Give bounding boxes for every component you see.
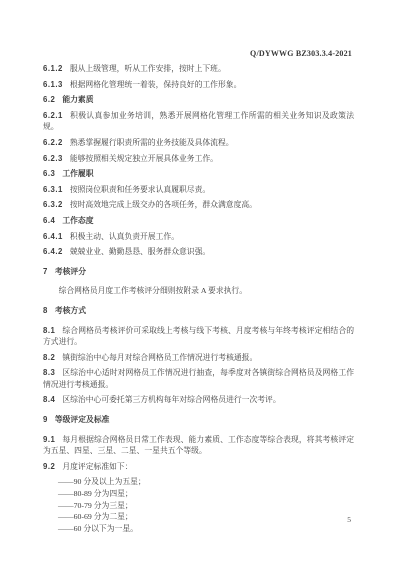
doc-paragraph: 8.4区综治中心可委托第三方机构每年对综合网格员进行一次考评。 xyxy=(43,394,354,406)
clause-text: 综合网格员月度工作考核评分细则按附录 A 要求执行。 xyxy=(59,286,247,295)
doc-paragraph: 6.2.3能够按照相关规定独立开展具体业务工作。 xyxy=(43,153,354,165)
doc-paragraph: 6.1.2服从上级管理，听从工作安排，按时上下班。 xyxy=(43,63,354,75)
clause-number: 6.3.1 xyxy=(43,185,63,194)
doc-paragraph: 6.2.2熟悉掌握履行职责所需的业务技能及具体流程。 xyxy=(43,137,354,149)
clause-number: 6.2.1 xyxy=(43,111,63,120)
doc-paragraph: 6.4.2兢兢业业、勤勤恳恳、服务群众意识强。 xyxy=(43,246,354,258)
clause-text: 考核评分 xyxy=(55,267,86,276)
clause-number: 6.3.2 xyxy=(43,200,63,209)
section-heading: 6.4工作态度 xyxy=(43,215,354,227)
clause-text: 区综治中心适时对网格员工作情况进行抽查，每季度对各镇街综合网格员及网格工作情况进… xyxy=(43,368,354,389)
clause-number: 6.2 xyxy=(43,95,55,104)
clause-number: 6.4 xyxy=(43,216,55,225)
doc-paragraph: 8.1综合网格员考核评价可采取线上考核与线下考核、月度考核与年终考核评定相结合的… xyxy=(43,325,354,348)
clause-number: 9.2 xyxy=(43,462,55,471)
clause-text: 按时高效地完成上级交办的各项任务，群众满意度高。 xyxy=(70,200,257,209)
clause-text: 工作态度 xyxy=(62,216,93,225)
clause-number: 6.3 xyxy=(43,169,55,178)
clause-text: 能力素质 xyxy=(62,95,93,104)
clause-text: 工作履职 xyxy=(62,169,93,178)
clause-text: 熟悉掌握履行职责所需的业务技能及具体流程。 xyxy=(70,138,234,147)
section-heading: 8考核方式 xyxy=(43,305,354,317)
clause-text: 考核方式 xyxy=(55,306,86,315)
clause-text: 等级评定及标准 xyxy=(55,415,110,424)
section-heading: 7考核评分 xyxy=(43,266,354,278)
section-heading: 9等级评定及标准 xyxy=(43,414,354,426)
doc-paragraph: 9.1每月根据综合网格员日常工作表现、能力素质、工作态度等综合表现，将其考核评定… xyxy=(43,434,354,457)
doc-paragraph: 8.3区综治中心适时对网格员工作情况进行抽查，每季度对各镇街综合网格员及网格工作… xyxy=(43,367,354,390)
doc-paragraph: 6.1.3根据网格化管理统一着装，保持良好的工作形象。 xyxy=(43,79,354,91)
clause-text: ——60 分以下为一星。 xyxy=(58,524,138,533)
clause-number: 6.2.2 xyxy=(43,138,63,147)
clause-text: 兢兢业业、勤勤恳恳、服务群众意识强。 xyxy=(70,247,210,256)
clause-number: 6.4.2 xyxy=(43,247,63,256)
clause-text: 按照岗位职责和任务要求认真履职尽责。 xyxy=(70,185,210,194)
clause-text: 积极认真参加业务培训，熟悉开展网格化管理工作所需的相关业务知识及政策法规。 xyxy=(43,111,354,132)
clause-number: 9.1 xyxy=(43,435,55,444)
clause-number: 6.1.3 xyxy=(43,80,63,89)
clause-number: 6.4.1 xyxy=(43,232,63,241)
document-page: Q/DYWWG BZ303.3.4-2021 6.1.2服从上级管理，听从工作安… xyxy=(0,0,396,561)
clause-number: 6.1.2 xyxy=(43,64,63,73)
doc-paragraph: 6.3.1按照岗位职责和任务要求认真履职尽责。 xyxy=(43,184,354,196)
clause-text: ——90 分及以上为五星； xyxy=(58,477,146,486)
clause-text: 月度评定标准如下： xyxy=(62,462,132,471)
clause-text: 镇街综治中心每月对综合网格员工作情况进行考核通报。 xyxy=(62,353,257,362)
grade-list-item: ——60 分以下为一星。 xyxy=(43,523,354,535)
doc-paragraph: 8.2镇街综治中心每月对综合网格员工作情况进行考核通报。 xyxy=(43,352,354,364)
grade-list-item: ——80-89 分为四星； xyxy=(43,488,354,500)
clause-text: 综合网格员考核评价可采取线上考核与线下考核、月度考核与年终考核评定相结合的方式进… xyxy=(43,326,354,347)
clause-text: ——70-79 分为三星； xyxy=(58,501,133,510)
doc-paragraph: 综合网格员月度工作考核评分细则按附录 A 要求执行。 xyxy=(43,285,354,297)
section-heading: 6.3工作履职 xyxy=(43,168,354,180)
clause-text: 积极主动、认真负责开展工作。 xyxy=(70,232,179,241)
grade-list-item: ——70-79 分为三星； xyxy=(43,500,354,512)
grade-list-item: ——60-69 分为二星； xyxy=(43,511,354,523)
clause-text: 区综治中心可委托第三方机构每年对综合网格员进行一次考评。 xyxy=(62,395,280,404)
doc-paragraph: 9.2月度评定标准如下： xyxy=(43,461,354,473)
clause-number: 8.3 xyxy=(43,368,55,377)
section-heading: 6.2能力素质 xyxy=(43,94,354,106)
clause-text: 每月根据综合网格员日常工作表现、能力素质、工作态度等综合表现，将其考核评定为五星… xyxy=(43,435,354,456)
clause-text: 服从上级管理，听从工作安排，按时上下班。 xyxy=(70,64,226,73)
clause-text: ——60-69 分为二星； xyxy=(58,512,133,521)
clause-text: 能够按照相关规定独立开展具体业务工作。 xyxy=(70,154,218,163)
clause-number: 8.2 xyxy=(43,353,55,362)
clause-number: 8 xyxy=(43,306,48,315)
clause-number: 8.1 xyxy=(43,326,55,335)
clause-number: 9 xyxy=(43,415,48,424)
clause-text: ——80-89 分为四星； xyxy=(58,489,133,498)
document-body: 6.1.2服从上级管理，听从工作安排，按时上下班。6.1.3根据网格化管理统一着… xyxy=(43,63,354,534)
page-number: 5 xyxy=(347,515,351,524)
clause-number: 8.4 xyxy=(43,395,55,404)
document-code: Q/DYWWG BZ303.3.4-2021 xyxy=(250,49,352,58)
doc-paragraph: 6.2.1积极认真参加业务培训，熟悉开展网格化管理工作所需的相关业务知识及政策法… xyxy=(43,110,354,133)
grade-list-item: ——90 分及以上为五星； xyxy=(43,476,354,488)
doc-paragraph: 6.3.2按时高效地完成上级交办的各项任务，群众满意度高。 xyxy=(43,199,354,211)
clause-number: 6.2.3 xyxy=(43,154,63,163)
doc-paragraph: 6.4.1积极主动、认真负责开展工作。 xyxy=(43,231,354,243)
clause-number: 7 xyxy=(43,267,48,276)
clause-text: 根据网格化管理统一着装，保持良好的工作形象。 xyxy=(70,80,242,89)
